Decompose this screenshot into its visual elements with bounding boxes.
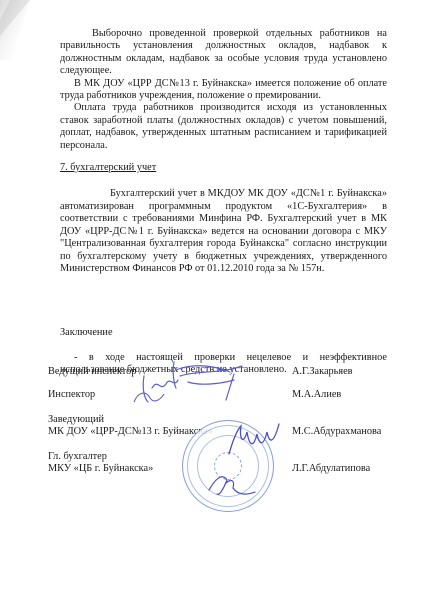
signature-role-lead-inspector: Ведущий инспектор — [48, 366, 136, 378]
section-heading: 7. бухгалтерский учет — [60, 162, 387, 174]
signature-name-abdurakhmanova: М.С.Абдурахманова — [292, 426, 381, 438]
signature-role-chief-accountant: Гл. бухгалтер МКУ «ЦБ г. Буйнакска» — [48, 451, 153, 476]
signature-name-zakaryaev: А.Г.Закарьяев — [292, 366, 353, 378]
signature-role-head-line2: МК ДОУ «ЦРР-ДС№13 г. Буйнакска» — [48, 426, 213, 438]
handwritten-signature-inspectors — [130, 358, 250, 408]
paragraph-accounting: Бухгалтерский учет в МКДОУ МК ДОУ «ДС№1 … — [60, 188, 387, 275]
signature-name-aliev: М.А.Алиев — [292, 389, 341, 401]
handwritten-signature-accountant — [205, 470, 260, 500]
signature-role-head-line1: Заведующий — [48, 414, 213, 426]
paragraph-selective-check: Выборочно проведенной проверкой отдельны… — [60, 28, 387, 78]
signature-role-accountant-line1: Гл. бухгалтер — [48, 451, 153, 463]
handwritten-signature-head — [225, 420, 285, 460]
signature-role-accountant-line2: МКУ «ЦБ г. Буйнакска» — [48, 463, 153, 475]
paragraph-payment: Оплата труда работников производится исх… — [60, 102, 387, 152]
signature-role-inspector: Инспектор — [48, 389, 95, 401]
signature-name-abdulatipova: Л.Г.Абдулатипова — [292, 463, 370, 475]
paragraph-regulation: В МК ДОУ «ЦРР ДС№13 г. Буйнакска» имеетс… — [60, 78, 387, 103]
signature-role-head: Заведующий МК ДОУ «ЦРР-ДС№13 г. Буйнакск… — [48, 414, 213, 439]
document-page: Выборочно проведенной проверкой отдельны… — [60, 28, 387, 377]
conclusion-title: Заключение — [60, 327, 387, 339]
